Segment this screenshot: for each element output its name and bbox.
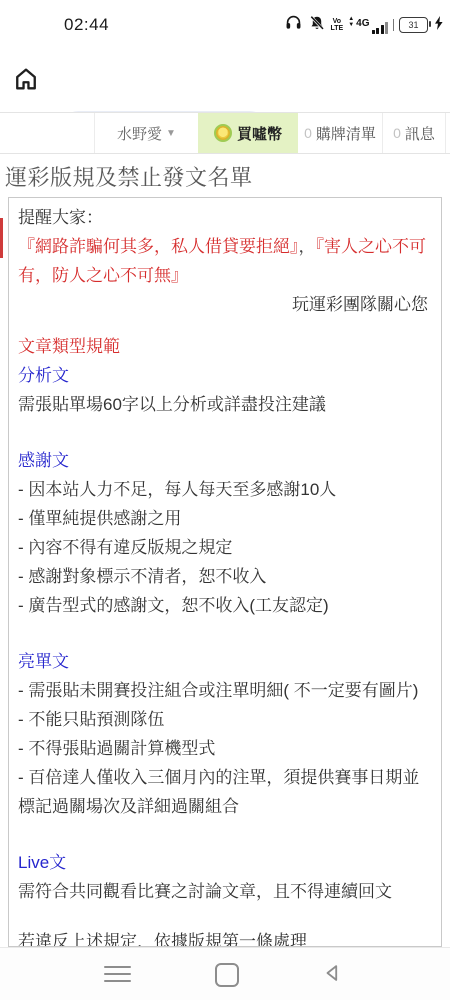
screen-edge-red-artifact <box>0 218 3 258</box>
section-heading-live: Live文 <box>18 848 432 877</box>
page-title: 運彩版規及禁止發文名單 <box>5 161 253 192</box>
charging-bolt-icon <box>433 15 444 36</box>
cart-count-badge: 0 <box>304 125 312 141</box>
android-nav-bar <box>0 948 450 1000</box>
section-heading-thanks: 感謝文 <box>18 446 432 475</box>
clock: 02:44 <box>64 15 109 35</box>
headset-icon <box>284 13 303 37</box>
section-line: - 僅單純提供感謝之用 <box>18 504 432 533</box>
post-content-box: 提醒大家： 『網路詐騙何其多，私人借貸要拒絕』，『害人之心不可有，防人之心不可無… <box>8 197 442 947</box>
reminder-line: 提醒大家： <box>18 203 432 232</box>
section-line: - 因本站人力不足，每人每天至多感謝10人 <box>18 475 432 504</box>
messages-button[interactable]: 0 訊息 <box>382 113 446 153</box>
status-bar: 02:44 Vo LTE ▲▼ 4G 31 <box>0 0 450 50</box>
section-line: 需張貼單場60字以上分析或詳盡投注建議 <box>18 390 432 419</box>
recents-button[interactable] <box>104 962 131 986</box>
post-signature: 玩運彩團隊關心您 <box>18 290 432 319</box>
status-icons: Vo LTE ▲▼ 4G 31 <box>284 0 445 50</box>
notifications-off-icon <box>308 14 326 37</box>
section-heading-analysis: 分析文 <box>18 361 432 390</box>
buy-coin-button[interactable]: 買噓幣 <box>198 113 298 153</box>
coin-icon <box>214 124 232 142</box>
phone-screen: 02:44 Vo LTE ▲▼ 4G 31 <box>0 0 450 1000</box>
footer-note: 若違反上述規定，依據版規第一條處理 <box>18 927 432 947</box>
section-line: 需符合共同觀看比賽之討論文章，且不得連續回文 <box>18 877 432 906</box>
section-line: - 內容不得有違反版規之規定 <box>18 533 432 562</box>
messages-count-badge: 0 <box>393 125 401 141</box>
volte-icon: Vo LTE <box>331 18 344 32</box>
chevron-down-icon: ▼ <box>166 128 176 139</box>
home-button[interactable] <box>12 65 40 93</box>
section-line: - 需張貼未開賽投注組合或注單明細( 不一定要有圖片) <box>18 676 432 705</box>
browser-toolbar: playsport.cc/foru :D <box>0 50 450 108</box>
status-separator <box>393 19 394 31</box>
warning-separator: ， <box>299 237 316 256</box>
rules-heading: 文章類型規範 <box>18 332 432 361</box>
section-line: - 廣告型式的感謝文，恕不收入(工友認定) <box>18 591 432 620</box>
section-line: - 百倍達人僅收入三個月內的注單，須提供賽事日期並標記過關場次及詳細過關組合 <box>18 763 432 821</box>
signal-bars-icon <box>372 22 389 34</box>
section-heading-tickets: 亮單文 <box>18 647 432 676</box>
warning-paragraph: 『網路詐騙何其多，私人借貸要拒絕』，『害人之心不可有，防人之心不可無』 <box>18 232 432 290</box>
section-line: - 感謝對象標示不清者，恕不收入 <box>18 562 432 591</box>
site-nav-spacer <box>0 113 95 153</box>
android-home-button[interactable] <box>215 963 239 987</box>
cart-list-button[interactable]: 0 購牌清單 <box>298 113 382 153</box>
section-line: - 不能只貼預測隊伍 <box>18 705 432 734</box>
section-line: - 不得張貼過關計算機型式 <box>18 734 432 763</box>
username-dropdown[interactable]: 水野愛 ▼ <box>95 113 198 153</box>
battery-icon: 31 <box>399 17 428 33</box>
warning-quote-1: 『網路詐騙何其多，私人借貸要拒絕』 <box>18 237 299 256</box>
site-nav-bar: 水野愛 ▼ 買噓幣 0 購牌清單 0 訊息 <box>0 112 450 154</box>
back-button[interactable] <box>322 962 344 984</box>
signal-4g-icon: ▲▼ 4G <box>348 16 388 34</box>
